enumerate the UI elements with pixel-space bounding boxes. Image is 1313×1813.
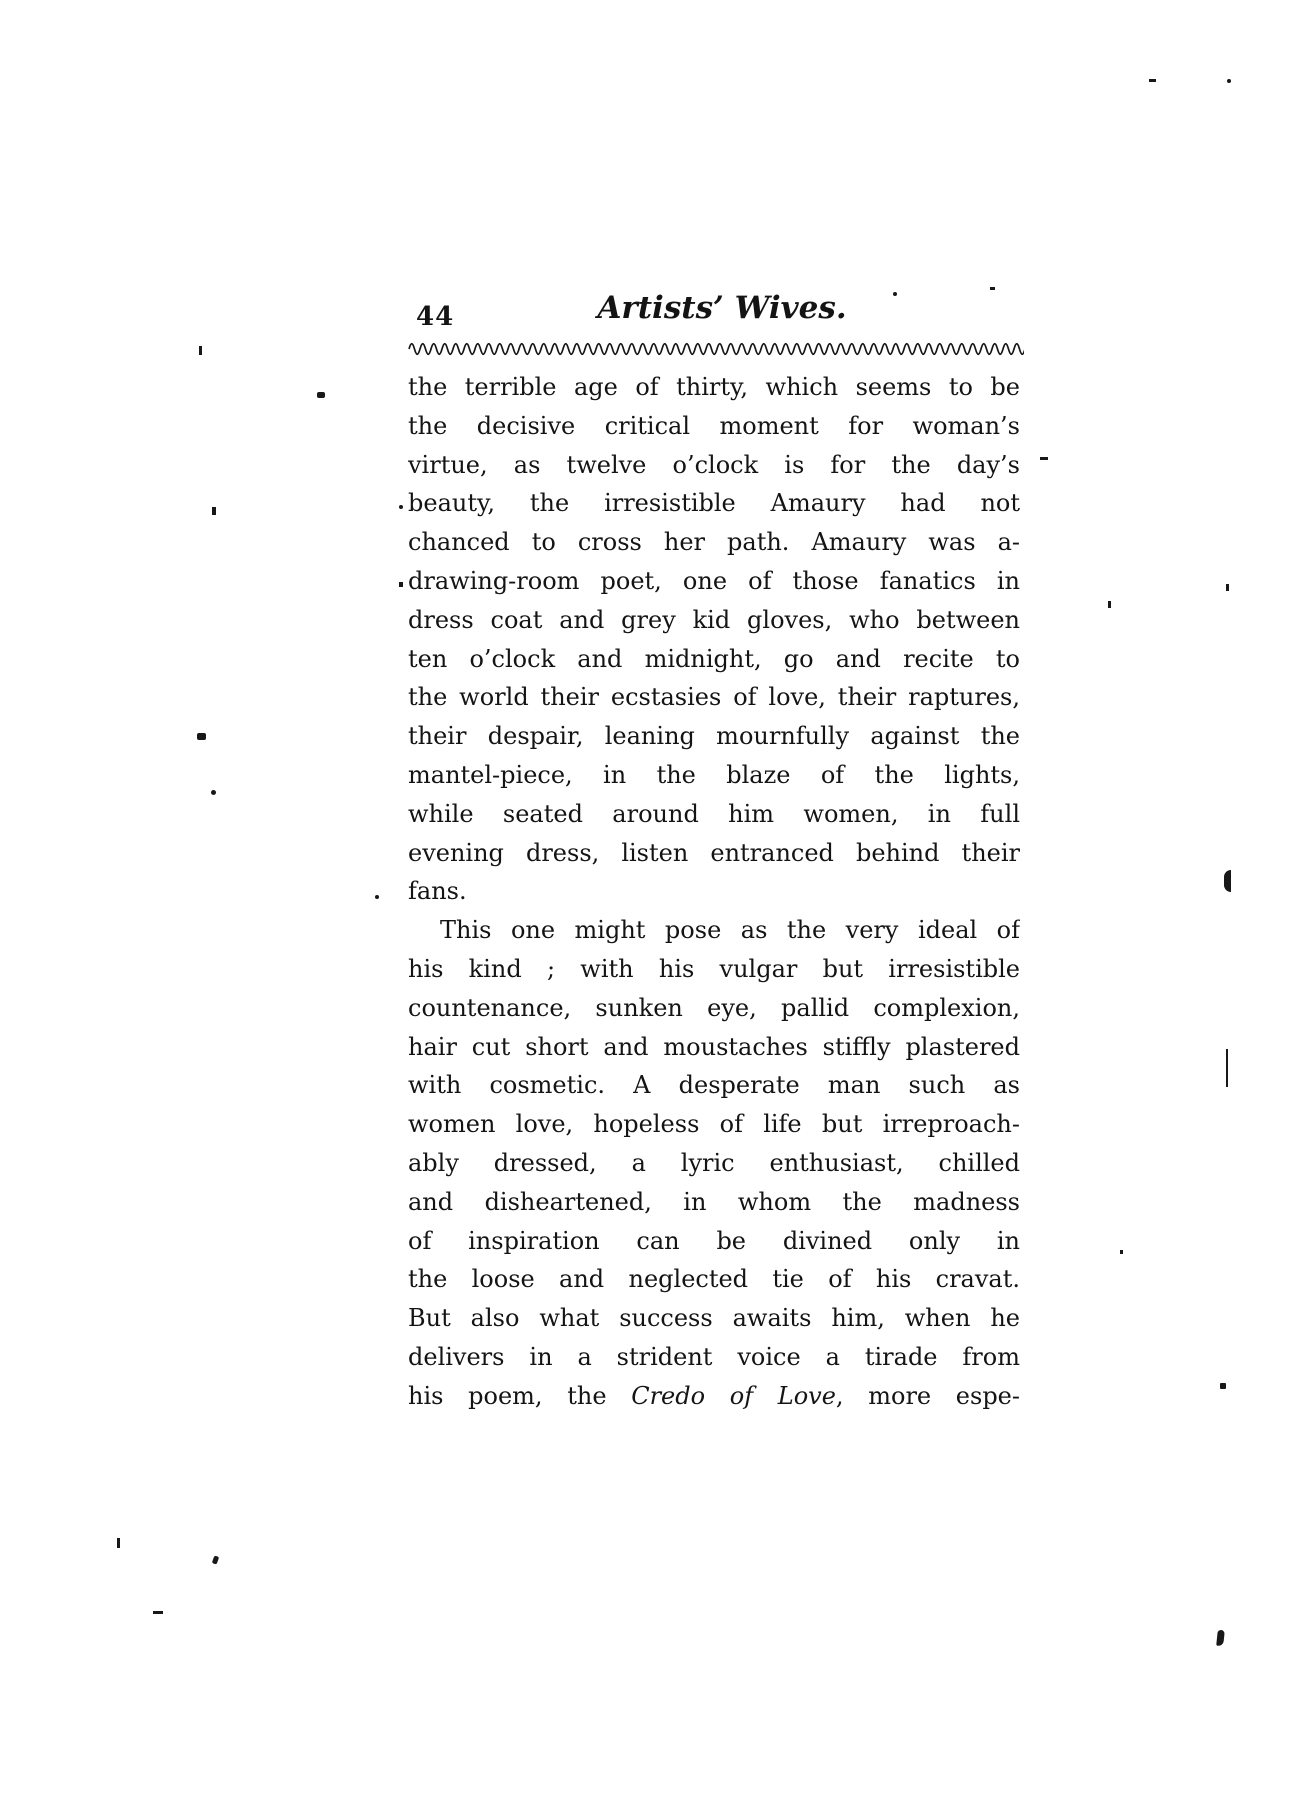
text-segment: with cosmetic. A desperate man such as xyxy=(408,1071,1020,1099)
text-line: their despair, leaning mournfully agains… xyxy=(408,717,1020,756)
ink-speck xyxy=(1120,1250,1123,1254)
text-line: his kind ; with his vulgar but irresisti… xyxy=(408,950,1020,989)
text-segment: dress coat and grey kid gloves, who betw… xyxy=(408,606,1020,634)
text-segment: women love, hopeless of life but irrepro… xyxy=(408,1110,1020,1138)
text-line: ten o’clock and midnight, go and recite … xyxy=(408,640,1020,679)
ink-speck xyxy=(399,582,403,587)
ink-speck xyxy=(117,1538,120,1548)
text-segment: his kind ; with his vulgar but irresisti… xyxy=(408,955,1020,983)
text-segment: and disheartened, in whom the madness xyxy=(408,1188,1020,1216)
ink-speck xyxy=(1226,584,1229,591)
text-line: the loose and neglected tie of his crava… xyxy=(408,1260,1020,1299)
paragraph: This one might pose as the very ideal of… xyxy=(408,911,1020,1415)
text-segment: ten o’clock and midnight, go and recite … xyxy=(408,645,1020,673)
text-segment: countenance, sunken eye, pallid complexi… xyxy=(408,994,1020,1022)
ink-speck xyxy=(893,292,897,296)
ink-speck xyxy=(375,895,379,899)
text-segment: fans. xyxy=(408,877,467,905)
text-segment: virtue, as twelve o’clock is for the day… xyxy=(408,451,1020,479)
ink-speck xyxy=(317,392,325,398)
text-segment: mantel-piece, in the blaze of the lights… xyxy=(408,761,1020,789)
text-line: his poem, the Credo of Love, more espe- xyxy=(408,1377,1020,1416)
page-body: the terrible age of thirty, which seems … xyxy=(408,368,1020,1416)
text-line: the world their ecstasies of love, their… xyxy=(408,678,1020,717)
text-segment: while seated around him women, in full xyxy=(408,800,1020,828)
ink-speck xyxy=(990,287,995,290)
text-line: evening dress, listen entranced behind t… xyxy=(408,834,1020,873)
text-line: of inspiration can be divined only in xyxy=(408,1222,1020,1261)
scratch-line xyxy=(1226,1049,1228,1087)
ink-speck xyxy=(199,346,202,355)
ink-speck xyxy=(1108,601,1111,608)
text-line: and disheartened, in whom the madness xyxy=(408,1183,1020,1222)
text-line: hair cut short and moustaches stiffly pl… xyxy=(408,1028,1020,1067)
text-segment: evening dress, listen entranced behind t… xyxy=(408,839,1020,867)
wavy-rule xyxy=(408,341,1024,357)
ink-speck xyxy=(1149,79,1156,82)
text-segment: his poem, the xyxy=(408,1382,631,1410)
text-line: ably dressed, a lyric enthusiast, chille… xyxy=(408,1144,1020,1183)
ink-speck xyxy=(1220,1383,1226,1389)
text-segment: delivers in a strident voice a tirade fr… xyxy=(408,1343,1020,1371)
text-segment: This one might pose as the very ideal of xyxy=(440,916,1020,944)
ink-speck xyxy=(212,1555,219,1564)
text-line: mantel-piece, in the blaze of the lights… xyxy=(408,756,1020,795)
ink-speck xyxy=(212,507,216,515)
italic-phrase: Credo of Love xyxy=(631,1382,836,1410)
text-segment: the decisive critical moment for woman’s xyxy=(408,412,1020,440)
text-line: dress coat and grey kid gloves, who betw… xyxy=(408,601,1020,640)
page-number: 44 xyxy=(416,302,454,332)
ink-speck xyxy=(197,733,206,740)
text-segment: ably dressed, a lyric enthusiast, chille… xyxy=(408,1149,1020,1177)
text-segment: of inspiration can be divined only in xyxy=(408,1227,1020,1255)
text-line: chanced to cross her path. Amaury was a- xyxy=(408,523,1020,562)
text-segment: their despair, leaning mournfully agains… xyxy=(408,722,1020,750)
text-segment: the loose and neglected tie of his crava… xyxy=(408,1265,1020,1293)
text-line: delivers in a strident voice a tirade fr… xyxy=(408,1338,1020,1377)
text-line: drawing-room poet, one of those fanatics… xyxy=(408,562,1020,601)
ink-speck xyxy=(399,505,403,509)
text-segment: chanced to cross her path. Amaury was a- xyxy=(408,528,1020,556)
ink-blot xyxy=(1224,870,1231,892)
text-line: virtue, as twelve o’clock is for the day… xyxy=(408,446,1020,485)
text-segment: drawing-room poet, one of those fanatics… xyxy=(408,567,1020,595)
ink-speck xyxy=(1227,79,1231,83)
ink-speck xyxy=(211,790,216,795)
ink-speck xyxy=(153,1611,163,1614)
text-segment: But also what success awaits him, when h… xyxy=(408,1304,1020,1332)
text-segment: beauty, the irresistible Amaury had not xyxy=(408,489,1020,517)
text-line: women love, hopeless of life but irrepro… xyxy=(408,1105,1020,1144)
text-line: with cosmetic. A desperate man such as xyxy=(408,1066,1020,1105)
text-line: the terrible age of thirty, which seems … xyxy=(408,368,1020,407)
text-line: the decisive critical moment for woman’s xyxy=(408,407,1020,446)
text-segment: the terrible age of thirty, which seems … xyxy=(408,373,1020,401)
text-line: beauty, the irresistible Amaury had not xyxy=(408,484,1020,523)
text-segment: the world their ecstasies of love, their… xyxy=(408,683,1020,711)
running-title: Artists’ Wives. xyxy=(597,290,846,326)
text-line: fans. xyxy=(408,872,1020,911)
paragraph: the terrible age of thirty, which seems … xyxy=(408,368,1020,911)
text-line: This one might pose as the very ideal of xyxy=(408,911,1020,950)
ink-speck xyxy=(1040,457,1048,460)
text-line: while seated around him women, in full xyxy=(408,795,1020,834)
text-line: countenance, sunken eye, pallid complexi… xyxy=(408,989,1020,1028)
text-line: But also what success awaits him, when h… xyxy=(408,1299,1020,1338)
ink-blot xyxy=(1216,1630,1225,1647)
book-page: 44 Artists’ Wives. the terrible age of t… xyxy=(0,0,1313,1813)
text-segment: hair cut short and moustaches stiffly pl… xyxy=(408,1033,1020,1061)
text-segment: , more espe- xyxy=(836,1382,1020,1410)
